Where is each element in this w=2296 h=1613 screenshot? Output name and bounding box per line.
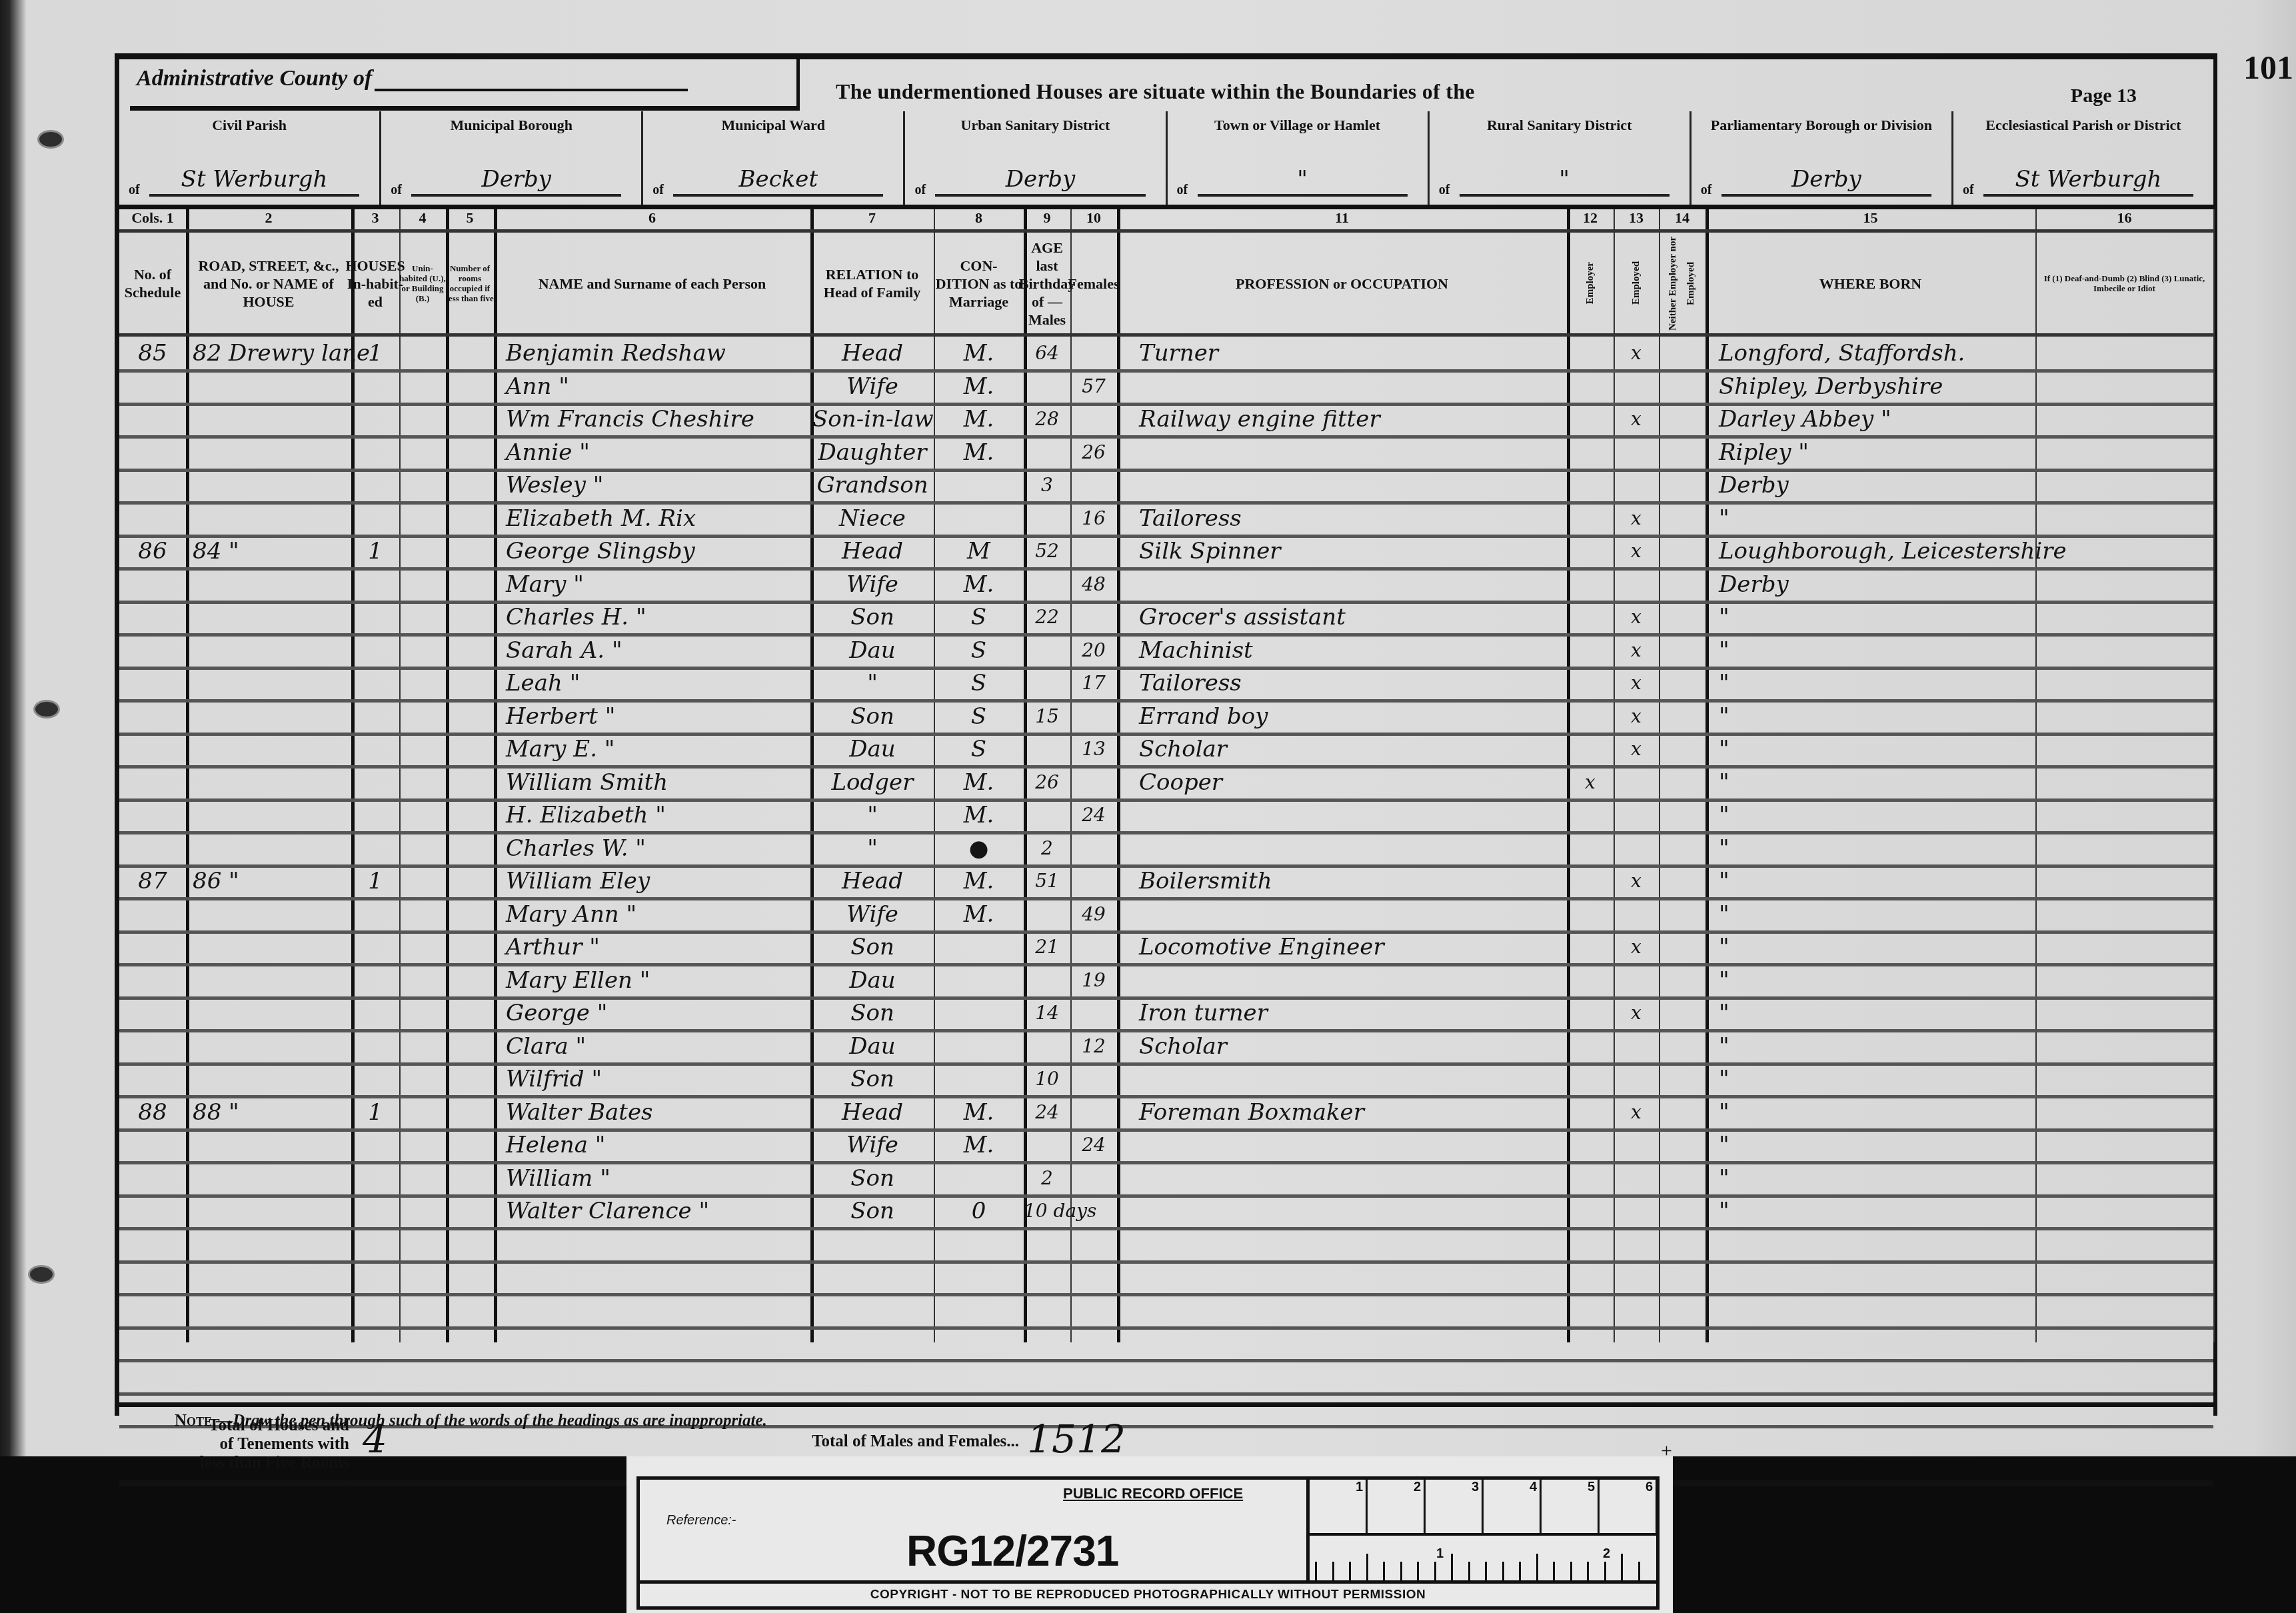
cell-occupation: Machinist xyxy=(1139,634,1566,665)
cell-address xyxy=(193,1194,353,1226)
cell-inhabited xyxy=(351,667,399,698)
table-row xyxy=(119,1260,2213,1296)
table-row: Wesley "Grandson3Derby xyxy=(119,469,2213,505)
boundary-field: Municipal BoroughofDerby xyxy=(381,111,643,205)
column-number: 7 xyxy=(810,209,934,233)
females-total: 12 xyxy=(1076,1416,1126,1462)
column-number: 4 xyxy=(399,209,446,233)
table-row: 8786 "1William EleyHeadM.51Boilersmithx" xyxy=(119,864,2213,900)
cell-female-age: 48 xyxy=(1070,568,1117,599)
cell-female-age xyxy=(1070,1096,1117,1127)
scale-tick xyxy=(1468,1562,1470,1580)
cell-name: Arthur " xyxy=(506,930,812,962)
cell-inhabited xyxy=(351,964,399,995)
scale-inch-mark: 1 xyxy=(1310,1480,1368,1533)
punch-hole xyxy=(28,1265,55,1284)
cell-female-age xyxy=(1070,864,1117,896)
cell-male-age: 51 xyxy=(1024,864,1070,896)
cell-neither xyxy=(1659,634,1706,665)
scale-tick xyxy=(1502,1562,1504,1580)
cell-condition xyxy=(934,964,1024,995)
cell-infirmity xyxy=(2035,1062,2213,1094)
cell-occupation: Iron turner xyxy=(1139,996,1566,1028)
cell-employed xyxy=(1614,964,1659,995)
column-number: 16 xyxy=(2035,209,2213,233)
cell-inhabited xyxy=(351,832,399,863)
cell-address xyxy=(193,930,353,962)
cell-address xyxy=(193,766,353,797)
cell-male-age xyxy=(1024,898,1070,929)
table-row: 8888 "1Walter BatesHeadM.24Foreman Boxma… xyxy=(119,1096,2213,1132)
cell-name: Wilfrid " xyxy=(506,1062,812,1094)
cell-female-age xyxy=(1070,1062,1117,1094)
cell-occupation xyxy=(1139,1162,1566,1193)
cell-female-age xyxy=(1070,601,1117,632)
cell-condition xyxy=(934,502,1024,533)
boundary-of: of xyxy=(391,183,402,198)
scale-inch-mark: 3 xyxy=(1426,1480,1484,1533)
cell-schedule xyxy=(119,403,186,434)
cell-where-born: Derby xyxy=(1719,568,2035,599)
cell-condition xyxy=(934,1030,1024,1061)
cell-male-age: 15 xyxy=(1024,700,1070,731)
cell-occupation: Scholar xyxy=(1139,1030,1566,1061)
cell-male-age xyxy=(1024,1030,1070,1061)
cell-male-age: 24 xyxy=(1024,1096,1070,1127)
scale-tick xyxy=(1604,1562,1606,1580)
cell-schedule xyxy=(119,634,186,665)
boundary-value: Derby xyxy=(411,165,621,197)
cell-neither xyxy=(1659,1030,1706,1061)
cell-neither xyxy=(1659,403,1706,434)
copyright-notice: COPYRIGHT - NOT TO BE REPRODUCED PHOTOGR… xyxy=(640,1580,1656,1606)
cell-employed xyxy=(1614,832,1659,863)
cell-female-age: 20 xyxy=(1070,634,1117,665)
cell-name: Walter Clarence " xyxy=(506,1194,812,1226)
cell-employer xyxy=(1567,964,1614,995)
cell-schedule xyxy=(119,436,186,467)
cell-relation: " xyxy=(812,667,932,698)
cell-inhabited: 1 xyxy=(351,1096,399,1127)
cell-occupation: Boilersmith xyxy=(1139,864,1566,896)
cell-infirmity xyxy=(2035,601,2213,632)
cell-condition xyxy=(934,996,1024,1028)
cell-neither xyxy=(1659,337,1706,368)
cell-employer xyxy=(1567,799,1614,830)
cell-occupation: Railway engine fitter xyxy=(1139,403,1566,434)
cell-neither xyxy=(1659,864,1706,896)
cell-employer xyxy=(1567,601,1614,632)
cell-female-age xyxy=(1070,1194,1117,1226)
cell-inhabited xyxy=(351,1194,399,1226)
cell-male-age: 52 xyxy=(1024,535,1070,566)
cell-occupation: Turner xyxy=(1139,337,1566,368)
cell-employed: x xyxy=(1614,700,1659,731)
cell-condition: 0 xyxy=(934,1194,1024,1226)
cell-where-born: Longford, Staffordsh. xyxy=(1719,337,2035,368)
table-row: Charles H. "SonS22Grocer's assistantx" xyxy=(119,601,2213,637)
table-row: 8684 "1George SlingsbyHeadM52Silk Spinne… xyxy=(119,535,2213,571)
cell-schedule xyxy=(119,1030,186,1061)
cell-name: Herbert " xyxy=(506,700,812,731)
cell-infirmity xyxy=(2035,1096,2213,1127)
cell-inhabited xyxy=(351,469,399,500)
cell-inhabited: 1 xyxy=(351,535,399,566)
boundary-of: of xyxy=(1701,183,1712,198)
cell-address xyxy=(193,799,353,830)
cell-occupation: Locomotive Engineer xyxy=(1139,930,1566,962)
cell-male-age: 22 xyxy=(1024,601,1070,632)
table-row: William SmithLodgerM.26Cooperx" xyxy=(119,766,2213,802)
cell-occupation xyxy=(1139,436,1566,467)
cell-address xyxy=(193,403,353,434)
cell-employer xyxy=(1567,337,1614,368)
cell-neither xyxy=(1659,930,1706,962)
enumeration-form: Administrative County of The undermentio… xyxy=(115,53,2217,1416)
folio-stamp: 101 xyxy=(2243,48,2293,87)
cell-employer xyxy=(1567,1062,1614,1094)
cell-employer xyxy=(1567,898,1614,929)
cell-male-age: 14 xyxy=(1024,996,1070,1028)
cell-condition xyxy=(934,1062,1024,1094)
cell-inhabited xyxy=(351,568,399,599)
scale-tick xyxy=(1638,1562,1640,1580)
cell-relation: Lodger xyxy=(812,766,932,797)
cell-infirmity xyxy=(2035,403,2213,434)
cell-infirmity xyxy=(2035,436,2213,467)
cell-relation: Wife xyxy=(812,568,932,599)
cell-male-age xyxy=(1024,568,1070,599)
cell-address: 84 " xyxy=(193,535,353,566)
cell-male-age xyxy=(1024,667,1070,698)
column-number: 13 xyxy=(1614,209,1659,233)
cell-schedule xyxy=(119,832,186,863)
cell-inhabited xyxy=(351,1030,399,1061)
boundary-label: Urban Sanitary District xyxy=(905,117,1165,134)
cell-inhabited xyxy=(351,930,399,962)
cell-inhabited xyxy=(351,996,399,1028)
cell-neither xyxy=(1659,733,1706,764)
column-number: 12 xyxy=(1567,209,1614,233)
cell-schedule xyxy=(119,601,186,632)
cell-employed: x xyxy=(1614,634,1659,665)
cell-employed xyxy=(1614,469,1659,500)
cell-neither xyxy=(1659,1128,1706,1160)
cell-occupation xyxy=(1139,469,1566,500)
cell-female-age xyxy=(1070,403,1117,434)
cell-where-born: " xyxy=(1719,799,2035,830)
scale-inch-mark: 5 xyxy=(1542,1480,1600,1533)
table-row: Elizabeth M. RixNiece16Tailoressx" xyxy=(119,502,2213,538)
table-row: Leah ""S17Tailoressx" xyxy=(119,667,2213,703)
table-row: Mary Ellen "Dau19" xyxy=(119,964,2213,1000)
table-row xyxy=(119,1326,2213,1362)
table-row: 8582 Drewry lane1Benjamin RedshawHeadM.6… xyxy=(119,337,2213,373)
cell-address: 82 Drewry lane xyxy=(193,337,353,368)
cell-name: Benjamin Redshaw xyxy=(506,337,812,368)
cell-relation: Dau xyxy=(812,1030,932,1061)
boundary-value: St Werburgh xyxy=(149,165,359,197)
cell-schedule xyxy=(119,898,186,929)
cell-name: William " xyxy=(506,1162,812,1193)
cell-schedule: 86 xyxy=(119,535,186,566)
cell-neither xyxy=(1659,1096,1706,1127)
column-header: AGE last Birthday of — Males xyxy=(1024,233,1070,337)
cell-employer xyxy=(1567,733,1614,764)
cell-neither xyxy=(1659,898,1706,929)
cell-female-age: 16 xyxy=(1070,502,1117,533)
cell-employed: x xyxy=(1614,930,1659,962)
boundary-label: Municipal Ward xyxy=(643,117,903,134)
cell-employer xyxy=(1567,502,1614,533)
cell-occupation: Errand boy xyxy=(1139,700,1566,731)
cell-infirmity xyxy=(2035,996,2213,1028)
cell-occupation: Foreman Boxmaker xyxy=(1139,1096,1566,1127)
cell-address xyxy=(193,1128,353,1160)
cell-where-born: " xyxy=(1719,1096,2035,1127)
cell-employed xyxy=(1614,370,1659,401)
cell-female-age xyxy=(1070,469,1117,500)
cell-where-born: Darley Abbey " xyxy=(1719,403,2035,434)
cell-where-born: " xyxy=(1719,667,2035,698)
cell-female-age xyxy=(1070,337,1117,368)
cell-name: Clara " xyxy=(506,1030,812,1061)
cell-employed: x xyxy=(1614,996,1659,1028)
cell-inhabited: 1 xyxy=(351,337,399,368)
males-total: 15 xyxy=(1027,1416,1076,1462)
cell-relation: Wife xyxy=(812,898,932,929)
column-header: RELATION to Head of Family xyxy=(810,233,934,337)
boundary-label: Rural Sanitary District xyxy=(1430,117,1690,134)
cell-where-born: " xyxy=(1719,1030,2035,1061)
column-header: Employed xyxy=(1614,233,1659,337)
cell-name: Mary " xyxy=(506,568,812,599)
cell-relation: Dau xyxy=(812,733,932,764)
cell-address xyxy=(193,1030,353,1061)
scale-tick xyxy=(1349,1562,1351,1580)
table-row: Wm Francis CheshireSon-in-lawM.28Railway… xyxy=(119,403,2213,439)
cell-address xyxy=(193,733,353,764)
cell-female-age: 24 xyxy=(1070,1128,1117,1160)
cell-condition: M. xyxy=(934,568,1024,599)
cell-neither xyxy=(1659,832,1706,863)
table-row: Mary E. "DauS13Scholarx" xyxy=(119,733,2213,769)
archive-label: PUBLIC RECORD OFFICE Reference:- RG12/27… xyxy=(626,1456,1673,1613)
cell-where-born: " xyxy=(1719,700,2035,731)
cell-where-born: " xyxy=(1719,601,2035,632)
cell-employer xyxy=(1567,436,1614,467)
cell-relation: Head xyxy=(812,1096,932,1127)
cell-where-born: " xyxy=(1719,634,2035,665)
cell-relation: " xyxy=(812,799,932,830)
cell-condition: M. xyxy=(934,337,1024,368)
cell-schedule xyxy=(119,733,186,764)
column-header: NAME and Surname of each Person xyxy=(494,233,810,337)
cell-female-age: 57 xyxy=(1070,370,1117,401)
column-header: HOUSES In-habit-ed xyxy=(351,233,399,337)
cell-occupation: Grocer's assistant xyxy=(1139,601,1566,632)
cell-female-age xyxy=(1070,535,1117,566)
cell-female-age xyxy=(1070,832,1117,863)
scale-tick xyxy=(1417,1562,1419,1580)
archive-frame: PUBLIC RECORD OFFICE Reference:- RG12/27… xyxy=(636,1476,1660,1610)
cell-neither xyxy=(1659,964,1706,995)
boundaries-row: Civil ParishofSt WerburghMunicipal Borou… xyxy=(119,111,2213,209)
cell-inhabited xyxy=(351,799,399,830)
cell-schedule xyxy=(119,568,186,599)
column-header: PROFESSION or OCCUPATION xyxy=(1117,233,1567,337)
scale-tick xyxy=(1519,1562,1521,1580)
scale-tick xyxy=(1485,1562,1487,1580)
cell-schedule xyxy=(119,1062,186,1094)
column-number: 11 xyxy=(1117,209,1567,233)
form-note: Note.—Draw the pen through such of the w… xyxy=(175,1412,767,1430)
cell-where-born: " xyxy=(1719,733,2035,764)
cell-employed: x xyxy=(1614,601,1659,632)
cell-inhabited xyxy=(351,898,399,929)
cell-male-age: 21 xyxy=(1024,930,1070,962)
cell-where-born: " xyxy=(1719,1128,2035,1160)
column-number: 6 xyxy=(494,209,810,233)
table-row: Wilfrid "Son10" xyxy=(119,1062,2213,1098)
cell-condition: M xyxy=(934,535,1024,566)
cell-schedule xyxy=(119,1162,186,1193)
cell-condition: M. xyxy=(934,799,1024,830)
cell-employer xyxy=(1567,996,1614,1028)
cell-male-age xyxy=(1024,634,1070,665)
table-row: Helena "WifeM.24" xyxy=(119,1128,2213,1164)
cell-where-born: Ripley " xyxy=(1719,436,2035,467)
cell-female-age: 13 xyxy=(1070,733,1117,764)
boundary-value: Derby xyxy=(935,165,1145,197)
table-row xyxy=(119,1294,2213,1330)
cell-schedule xyxy=(119,766,186,797)
cell-relation: Daughter xyxy=(812,436,932,467)
cell-infirmity xyxy=(2035,535,2213,566)
cell-neither xyxy=(1659,799,1706,830)
boundary-label: Parliamentary Borough or Division xyxy=(1692,117,1951,134)
form-title: The undermentioned Houses are situate wi… xyxy=(836,79,1475,104)
cell-infirmity xyxy=(2035,337,2213,368)
cell-infirmity xyxy=(2035,1128,2213,1160)
census-sheet: 101 Administrative County of The underme… xyxy=(0,0,2296,1456)
punch-hole xyxy=(37,130,64,149)
cell-relation: " xyxy=(812,832,932,863)
scale-tick xyxy=(1621,1554,1623,1580)
cell-condition: S xyxy=(934,667,1024,698)
cell-infirmity xyxy=(2035,864,2213,896)
cell-where-born: Loughborough, Leicestershire xyxy=(1719,535,2035,566)
cell-name: H. Elizabeth " xyxy=(506,799,812,830)
scale-tick xyxy=(1383,1562,1385,1580)
cell-inhabited xyxy=(351,502,399,533)
column-header: No. of Schedule xyxy=(119,233,186,337)
cell-employed xyxy=(1614,766,1659,797)
cell-employed xyxy=(1614,898,1659,929)
cell-employer xyxy=(1567,1030,1614,1061)
cell-employed: x xyxy=(1614,502,1659,533)
cell-male-age: 26 xyxy=(1024,766,1070,797)
cell-inhabited xyxy=(351,403,399,434)
cell-female-age xyxy=(1070,766,1117,797)
table-row: Herbert "SonS15Errand boyx" xyxy=(119,700,2213,736)
column-number: 15 xyxy=(1706,209,2035,233)
cell-male-age xyxy=(1024,1128,1070,1160)
cell-male-age xyxy=(1024,964,1070,995)
cell-employed: x xyxy=(1614,535,1659,566)
cell-where-born: " xyxy=(1719,864,2035,896)
cell-infirmity xyxy=(2035,700,2213,731)
cell-schedule xyxy=(119,667,186,698)
cell-male-age: 10 xyxy=(1024,1062,1070,1094)
cell-female-age xyxy=(1070,1162,1117,1193)
cell-female-age xyxy=(1070,700,1117,731)
cell-inhabited xyxy=(351,634,399,665)
scale-inch-mark: 2 xyxy=(1368,1480,1426,1533)
cell-schedule xyxy=(119,1194,186,1226)
boundary-label: Town or Village or Hamlet xyxy=(1168,117,1428,134)
column-number: 2 xyxy=(186,209,351,233)
cell-condition xyxy=(934,930,1024,962)
scale-tick xyxy=(1553,1562,1555,1580)
cell-address xyxy=(193,700,353,731)
cell-occupation xyxy=(1139,1062,1566,1094)
boundary-field: Urban Sanitary DistrictofDerby xyxy=(905,111,1167,205)
boundary-of: of xyxy=(1439,183,1450,198)
cell-condition: ● xyxy=(934,832,1024,863)
cell-where-born: " xyxy=(1719,1194,2035,1226)
cell-name: Helena " xyxy=(506,1128,812,1160)
scale-cm-label: 2 xyxy=(1603,1546,1610,1562)
cell-employer xyxy=(1567,469,1614,500)
cell-name: Ann " xyxy=(506,370,812,401)
cell-name: Wesley " xyxy=(506,469,812,500)
cell-name: Walter Bates xyxy=(506,1096,812,1127)
cell-name: Charles H. " xyxy=(506,601,812,632)
cell-where-born: Derby xyxy=(1719,469,2035,500)
cell-schedule xyxy=(119,502,186,533)
cell-relation: Wife xyxy=(812,370,932,401)
cell-relation: Dau xyxy=(812,634,932,665)
cell-condition: M. xyxy=(934,403,1024,434)
cell-neither xyxy=(1659,370,1706,401)
boundary-of: of xyxy=(1963,183,1974,198)
cell-infirmity xyxy=(2035,964,2213,995)
cell-address xyxy=(193,469,353,500)
punch-hole xyxy=(33,700,60,719)
cell-occupation: Scholar xyxy=(1139,733,1566,764)
cell-employer xyxy=(1567,370,1614,401)
scale-tick xyxy=(1536,1554,1538,1580)
table-row: George "Son14Iron turnerx" xyxy=(119,996,2213,1032)
reference-label: Reference:- xyxy=(666,1513,736,1528)
cell-inhabited xyxy=(351,601,399,632)
cell-inhabited xyxy=(351,700,399,731)
scale-tick xyxy=(1366,1554,1368,1580)
reference-code: RG12/2731 xyxy=(906,1526,1118,1576)
scale-tick xyxy=(1451,1554,1453,1580)
cell-male-age: 2 xyxy=(1024,1162,1070,1193)
cell-male-age: 2 xyxy=(1024,832,1070,863)
column-header: Employer xyxy=(1567,233,1614,337)
cell-female-age: 12 xyxy=(1070,1030,1117,1061)
cell-condition: M. xyxy=(934,766,1024,797)
cell-employed xyxy=(1614,799,1659,830)
column-number: 10 xyxy=(1070,209,1117,233)
cell-address xyxy=(193,832,353,863)
cell-neither xyxy=(1659,766,1706,797)
cell-female-age: 24 xyxy=(1070,799,1117,830)
